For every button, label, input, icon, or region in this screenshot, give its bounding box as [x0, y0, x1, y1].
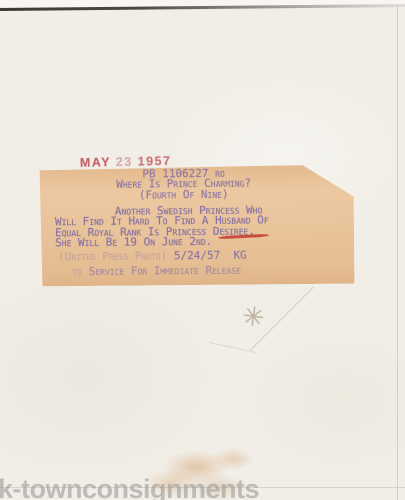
date-stamp-day: 23: [116, 155, 138, 169]
release-line: to Service For Immediate Release: [40, 264, 354, 277]
caption-slip: PB 1106227 ro Where Is Prince Charming? …: [39, 165, 354, 287]
photo-right-edge: [397, 5, 398, 500]
credit-date-code: 5/24/57 KG: [174, 249, 247, 263]
date-stamp-month: MAY: [80, 155, 116, 170]
watermark-text: k-townconsignments: [0, 474, 259, 500]
asterisk-impression: ✳: [240, 301, 267, 335]
release-text: Service For Immediate Release: [89, 263, 241, 277]
credit-agency: (United Press Photo): [58, 250, 174, 264]
release-prefix: to: [72, 265, 88, 278]
press-photo-back: MAY 23 1957 PB 1106227 ro Where Is Princ…: [0, 0, 405, 500]
date-stamp-year: 1957: [138, 154, 172, 169]
